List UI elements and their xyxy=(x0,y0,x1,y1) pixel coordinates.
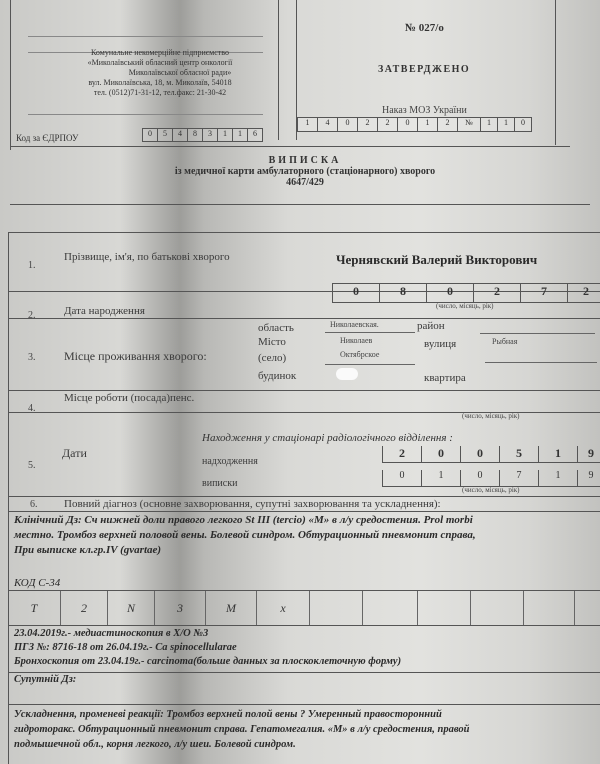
city-label: Місто xyxy=(258,336,286,348)
complications-line3: подмышечной обл., корня легкого, л/у шеи… xyxy=(14,737,470,752)
edrpou-digit: 1 xyxy=(218,129,233,141)
admission-digit: 5 xyxy=(499,446,538,462)
tnm-cell: x xyxy=(257,591,310,625)
section-5-hint: (число, місяць, рік) xyxy=(462,486,520,494)
edrpou-digit: 1 xyxy=(233,129,248,141)
raion-label: район xyxy=(417,320,445,332)
birth-date: 0 8 0 2 7 2 xyxy=(332,283,600,303)
title-main: ВИПИСКА xyxy=(100,155,510,166)
procedures: 23.04.2019г.- медиастиноскопия в Х/О №3 … xyxy=(14,627,401,669)
birth-date-digit: 0 xyxy=(426,284,473,302)
institution-line5: тел. (0512)71-31-12, тел.факс: 21-30-42 xyxy=(50,88,270,98)
tnm-cell: 3 xyxy=(155,591,206,625)
order-digit: 4 xyxy=(318,118,338,131)
concomitant-diagnosis-label: Супутній Дз: xyxy=(14,674,76,685)
house-label: будинок xyxy=(258,370,296,382)
patient-name: Чернявский Валерий Викторович xyxy=(336,252,537,268)
section-2-label: Дата народження xyxy=(64,305,145,317)
discharge-digit: 9 xyxy=(577,470,600,486)
edrpou-digit: 3 xyxy=(203,129,218,141)
order-digit: 1 xyxy=(498,118,515,131)
tnm-cell xyxy=(471,591,524,625)
birth-date-digit: 2 xyxy=(567,284,600,302)
title-subtitle: із медичної карти амбулаторного (стаціон… xyxy=(100,166,510,177)
form-number: № 027/о xyxy=(405,22,444,34)
procedure-line3: Бронхоскопия от 23.04.19г.- carcinoma(бо… xyxy=(14,655,401,669)
tnm-table: T 2 N 3 M x xyxy=(8,590,600,626)
discharge-digit: 1 xyxy=(538,470,577,486)
birth-date-digit: 7 xyxy=(520,284,567,302)
edrpou-digit: 5 xyxy=(158,129,173,141)
discharge-digit: 0 xyxy=(382,470,421,486)
order-label: Наказ МОЗ України xyxy=(382,105,467,116)
order-digit: 1 xyxy=(418,118,438,131)
section-6-number: 6. xyxy=(30,499,38,510)
street-value: Рыбная xyxy=(492,337,517,346)
discharge-digit: 0 xyxy=(460,470,499,486)
complications: Ускладнення, променеві реакції: Тромбоз … xyxy=(14,707,470,752)
street-label: вулиця xyxy=(424,338,456,350)
section-2-number: 2. xyxy=(28,310,36,321)
village-value: Октябрское xyxy=(340,350,379,359)
edrpou-digit: 4 xyxy=(173,129,188,141)
admission-digit: 0 xyxy=(460,446,499,462)
clinical-diagnosis-line2: местно. Тромбоз верхней половой вены. Бо… xyxy=(14,528,476,543)
institution-block: Комунальне некомерційне підприємство «Ми… xyxy=(50,48,270,98)
village-label: (село) xyxy=(258,352,286,364)
section-1-label: Прізвище, ім'я, по батькові хворого xyxy=(64,251,230,263)
tnm-cell: M xyxy=(206,591,257,625)
section-5-label: Дати xyxy=(62,446,87,461)
order-digit: 0 xyxy=(515,118,531,131)
tnm-cell: T xyxy=(8,591,61,625)
edrpou-label: Код за ЄДРПОУ xyxy=(16,133,78,143)
order-code: 1 4 0 2 2 0 1 2 № 1 1 0 xyxy=(297,117,532,132)
section-4-hint: (число, місяць, рік) xyxy=(462,412,520,420)
clinical-diagnosis-line1: Клінічний Дз: Сч нижней доли правого лег… xyxy=(14,513,476,528)
order-digit: 2 xyxy=(438,118,458,131)
complications-line2: гидроторакс. Обтурационный пневмонит спр… xyxy=(14,722,470,737)
discharge-date: 0 1 0 7 1 9 xyxy=(382,470,600,487)
order-no-sign: № xyxy=(458,118,481,131)
section-3-label: Місце проживання хворого: xyxy=(64,349,207,364)
clinical-diagnosis: Клінічний Дз: Сч нижней доли правого лег… xyxy=(14,513,476,558)
tnm-cell xyxy=(524,591,575,625)
admission-digit: 1 xyxy=(538,446,577,462)
birth-date-digit: 0 xyxy=(332,284,379,302)
section-4-label: Місце роботи (посада)пенс. xyxy=(64,392,194,404)
order-digit: 1 xyxy=(298,118,318,131)
discharge-digit: 1 xyxy=(421,470,460,486)
discharge-label: виписки xyxy=(202,478,237,489)
document-page: Комунальне некомерційне підприємство «Ми… xyxy=(0,0,600,764)
clinical-diagnosis-line3: При выписке кл.гр.IV (gvartae) xyxy=(14,543,476,558)
admission-label: надходження xyxy=(202,456,258,467)
order-digit: 0 xyxy=(398,118,418,131)
edrpou-code: 0 5 4 8 3 1 1 6 xyxy=(142,128,263,142)
tnm-cell xyxy=(418,591,471,625)
procedure-line1: 23.04.2019г.- медиастиноскопия в Х/О №3 xyxy=(14,627,401,641)
section-1-number: 1. xyxy=(28,260,36,271)
oblast-label: область xyxy=(258,322,294,334)
edrpou-digit: 6 xyxy=(248,129,262,141)
document-title: ВИПИСКА із медичної карти амбулаторного … xyxy=(100,155,510,188)
admission-digit: 0 xyxy=(421,446,460,462)
birth-date-digit: 2 xyxy=(473,284,520,302)
stay-heading: Находження у стаціонарі радіологічного в… xyxy=(202,432,453,444)
oblast-value: Николаевская. xyxy=(330,320,379,329)
order-digit: 0 xyxy=(338,118,358,131)
institution-line1: Комунальне некомерційне підприємство xyxy=(50,48,270,58)
institution-line2: «Миколаївський обласний центр онкології xyxy=(50,58,270,68)
birth-date-hint: (число, місяць, рік) xyxy=(436,302,494,310)
admission-digit: 2 xyxy=(382,446,421,462)
order-digit: 2 xyxy=(378,118,398,131)
institution-line3: Миколаївської обласної ради» xyxy=(50,68,270,78)
apartment-label: квартира xyxy=(424,372,466,384)
tnm-cell xyxy=(310,591,363,625)
discharge-digit: 7 xyxy=(499,470,538,486)
order-digit: 2 xyxy=(358,118,378,131)
section-6-label: Повний діагноз (основне захворювання, су… xyxy=(64,498,441,510)
city-value: Николаев xyxy=(340,336,372,345)
approved-label: ЗАТВЕРДЖЕНО xyxy=(378,64,470,75)
admission-date: 2 0 0 5 1 9 xyxy=(382,446,600,463)
tnm-cell xyxy=(575,591,600,625)
edrpou-digit: 8 xyxy=(188,129,203,141)
tnm-cell xyxy=(363,591,418,625)
card-number: 4647/429 xyxy=(100,177,510,188)
order-digit: 1 xyxy=(481,118,498,131)
house-value-redacted xyxy=(336,368,358,380)
tnm-cell: N xyxy=(108,591,155,625)
section-3-number: 3. xyxy=(28,352,36,363)
birth-date-digit: 8 xyxy=(379,284,426,302)
section-5-number: 5. xyxy=(28,460,36,471)
procedure-line2: ПГЗ №: 8716-18 от 26.04.19г.- Ca spinoce… xyxy=(14,641,401,655)
complications-line1: Ускладнення, променеві реакції: Тромбоз … xyxy=(14,707,470,722)
institution-line4: вул. Миколаївська, 18, м. Миколаїв, 5401… xyxy=(50,78,270,88)
tnm-cell: 2 xyxy=(61,591,108,625)
edrpou-digit: 0 xyxy=(143,129,158,141)
icd-code: КОД С-34 xyxy=(14,577,60,589)
admission-digit: 9 xyxy=(577,446,600,462)
